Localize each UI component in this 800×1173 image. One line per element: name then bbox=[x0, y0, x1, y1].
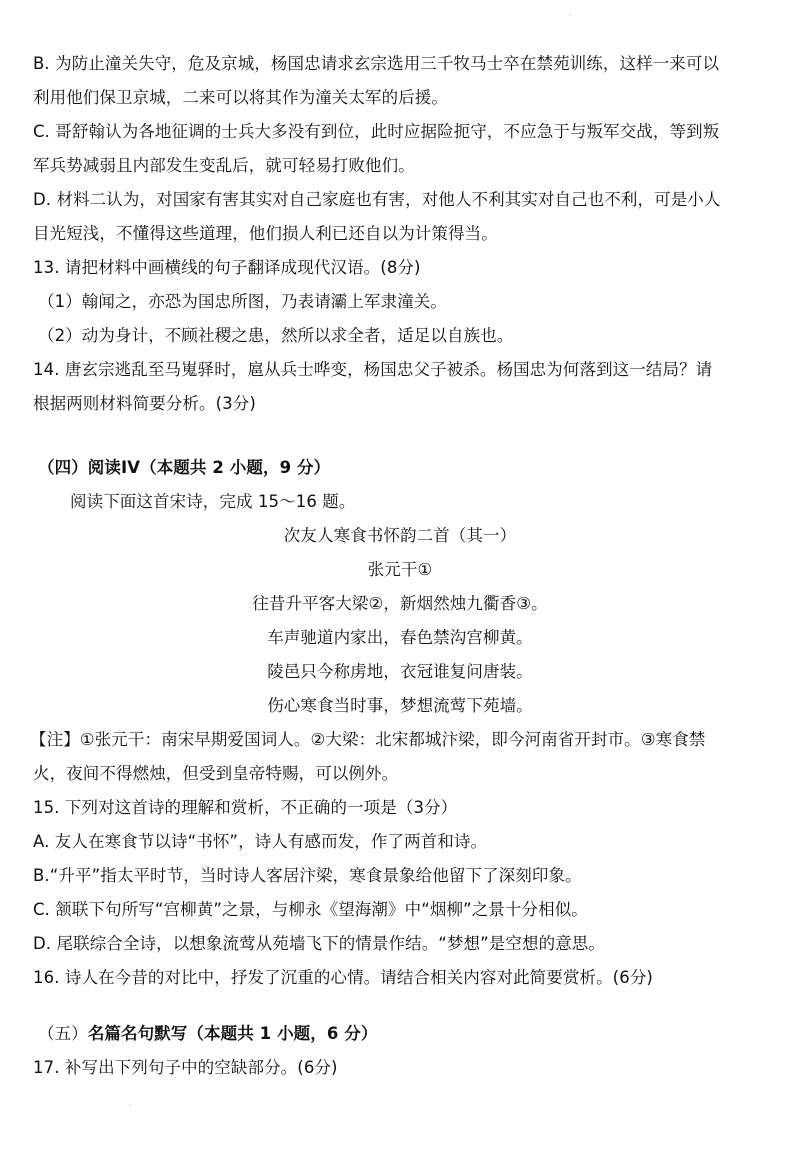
q13-item-2: （2）动为身计，不顾社稷之患，然所以求全者，适足以自族也。 bbox=[38, 326, 778, 346]
q15-prompt: 15. 下列对这首诗的理解和赏析，不正确的一项是（3分） bbox=[33, 798, 773, 818]
section-5-heading-prefix: （五） bbox=[38, 1024, 88, 1043]
q12-option-c-line-1: C. 哥舒翰认为各地征调的士兵大多没有到位，此时应据险扼守，不应急于与叛军交战，… bbox=[33, 122, 773, 142]
q13-item-1: （1）翰闻之，亦恐为国忠所图，乃表请灞上军隶潼关。 bbox=[38, 292, 778, 312]
poem-note-line-1: 【注】①张元干：南宋早期爱国词人。②大梁：北宋都城汴梁，即今河南省开封市。③寒食… bbox=[30, 730, 770, 750]
scan-speck bbox=[570, 14, 571, 15]
q12-option-d-line-2: 目光短浅，不懂得这些道理，他们损人利已还自以为计策得当。 bbox=[33, 224, 773, 244]
section-4-heading: （四）阅读IV（本题共 2 小题，9 分） bbox=[38, 458, 778, 478]
section-4-intro: 阅读下面这首宋诗，完成 15～16 题。 bbox=[70, 492, 800, 512]
poem-author: 张元干① bbox=[0, 560, 800, 580]
poem-line-4: 伤心寒食当时事，梦想流莺下苑墙。 bbox=[0, 696, 800, 716]
q15-option-c: C. 颔联下句所写“宫柳黄”之景，与柳永《望海潮》中“烟柳”之景十分相似。 bbox=[33, 900, 773, 920]
q17-prompt: 17. 补写出下列句子中的空缺部分。(6分) bbox=[33, 1058, 773, 1078]
poem-note-line-2: 火，夜间不得燃烛，但受到皇帝特赐，可以例外。 bbox=[33, 764, 773, 784]
poem-line-2: 车声驰道内家出，春色禁沟宫柳黄。 bbox=[0, 628, 800, 648]
q13-prompt: 13. 请把材料中画横线的句子翻译成现代汉语。(8分) bbox=[33, 258, 773, 278]
section-5-heading-main: 名篇名句默写（本题共 1 小题，6 分） bbox=[88, 1024, 378, 1043]
q14-prompt-line-1: 14. 唐玄宗逃乱至马嵬驿时，扈从兵士哗变，杨国忠父子被杀。杨国忠为何落到这一结… bbox=[33, 360, 773, 380]
poem-title: 次友人寒食书怀韵二首（其一） bbox=[0, 526, 800, 546]
poem-line-1: 往昔升平客大梁②，新烟然烛九衢香③。 bbox=[0, 594, 800, 614]
q14-prompt-line-2: 根据两则材料简要分析。(3分) bbox=[33, 394, 773, 414]
q16-prompt: 16. 诗人在今昔的对比中，抒发了沉重的心情。请结合相关内容对此简要赏析。(6分… bbox=[33, 968, 773, 988]
q12-option-d-line-1: D. 材料二认为，对国家有害其实对自己家庭也有害，对他人不利其实对自己也不利，可… bbox=[33, 190, 773, 210]
poem-line-3: 陵邑只今称虏地，衣冠谁复问唐装。 bbox=[0, 662, 800, 682]
q15-option-b: B.“升平”指太平时节，当时诗人客居汴梁，寒食景象给他留下了深刻印象。 bbox=[33, 866, 773, 886]
q12-option-b-line-2: 利用他们保卫京城，二来可以将其作为潼关太军的后援。 bbox=[33, 88, 773, 108]
section-5-heading: （五）名篇名句默写（本题共 1 小题，6 分） bbox=[38, 1024, 778, 1044]
exam-page: B. 为防止潼关失守，危及京城，杨国忠请求玄宗选用三千牧马士卒在禁苑训练，这样一… bbox=[0, 0, 800, 1173]
q12-option-c-line-2: 军兵势减弱且内部发生变乱后，就可轻易打败他们。 bbox=[33, 156, 773, 176]
q15-option-d: D. 尾联综合全诗，以想象流莺从苑墙飞下的情景作结。“梦想”是空想的意思。 bbox=[33, 934, 773, 954]
q12-option-b-line-1: B. 为防止潼关失守，危及京城，杨国忠请求玄宗选用三千牧马士卒在禁苑训练，这样一… bbox=[33, 54, 773, 74]
q15-option-a: A. 友人在寒食节以诗“书怀”，诗人有感而发，作了两首和诗。 bbox=[33, 832, 773, 852]
scan-speck bbox=[130, 1105, 131, 1106]
